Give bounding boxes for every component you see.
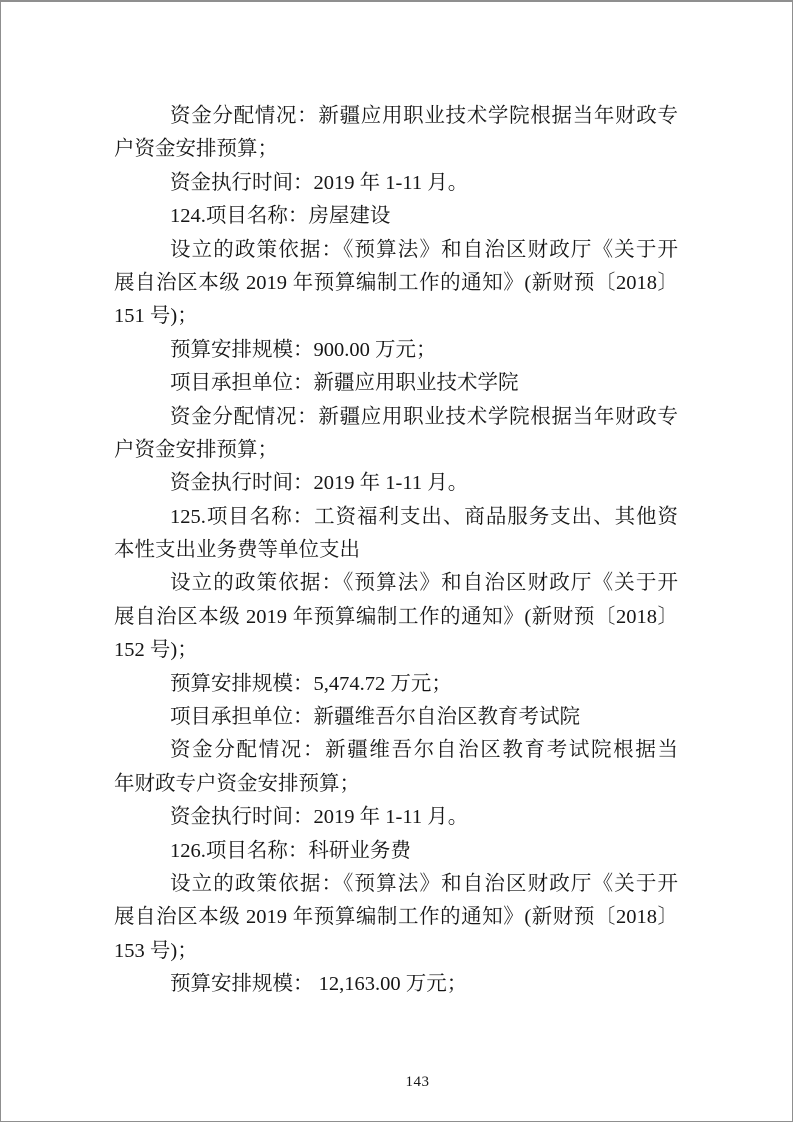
document-body: 资金分配情况：新疆应用职业技术学院根据当年财政专户资金安排预算；资金执行时间：2…	[114, 100, 678, 1002]
text-line: 展自治区本级 2019 年预算编制工作的通知》(新财预〔2018〕	[114, 601, 678, 634]
text-line: 资金执行时间：2019 年 1-11 月。	[114, 167, 678, 200]
text-line: 预算安排规模：5,474.72 万元；	[114, 668, 678, 701]
text-line: 资金分配情况：新疆维吾尔自治区教育考试院根据当	[114, 734, 678, 767]
text-line: 资金分配情况：新疆应用职业技术学院根据当年财政专	[114, 100, 678, 133]
text-line: 预算安排规模：900.00 万元；	[114, 334, 678, 367]
text-line: 展自治区本级 2019 年预算编制工作的通知》(新财预〔2018〕	[114, 267, 678, 300]
text-line: 125.项目名称：工资福利支出、商品服务支出、其他资	[114, 501, 678, 534]
text-line: 年财政专户资金安排预算；	[114, 768, 678, 801]
text-line: 设立的政策依据：《预算法》和自治区财政厅《关于开	[114, 567, 678, 600]
text-line: 本性支出业务费等单位支出	[114, 534, 678, 567]
text-line: 资金分配情况：新疆应用职业技术学院根据当年财政专	[114, 401, 678, 434]
text-line: 126.项目名称：科研业务费	[114, 835, 678, 868]
text-line: 153 号)；	[114, 935, 678, 968]
page-footer: 143	[1, 1072, 792, 1092]
text-line: 户资金安排预算；	[114, 434, 678, 467]
text-line: 展自治区本级 2019 年预算编制工作的通知》(新财预〔2018〕	[114, 901, 678, 934]
text-line: 151 号)；	[114, 300, 678, 333]
text-line: 预算安排规模： 12,163.00 万元；	[114, 968, 678, 1001]
text-line: 户资金安排预算；	[114, 133, 678, 166]
page-number: 143	[406, 1074, 430, 1090]
text-line: 资金执行时间：2019 年 1-11 月。	[114, 801, 678, 834]
text-line: 设立的政策依据：《预算法》和自治区财政厅《关于开	[114, 868, 678, 901]
document-page: 资金分配情况：新疆应用职业技术学院根据当年财政专户资金安排预算；资金执行时间：2…	[0, 0, 793, 1122]
text-line: 项目承担单位：新疆应用职业技术学院	[114, 367, 678, 400]
text-line: 设立的政策依据：《预算法》和自治区财政厅《关于开	[114, 234, 678, 267]
text-line: 项目承担单位：新疆维吾尔自治区教育考试院	[114, 701, 678, 734]
text-line: 152 号)；	[114, 634, 678, 667]
text-line: 124.项目名称：房屋建设	[114, 200, 678, 233]
text-line: 资金执行时间：2019 年 1-11 月。	[114, 467, 678, 500]
